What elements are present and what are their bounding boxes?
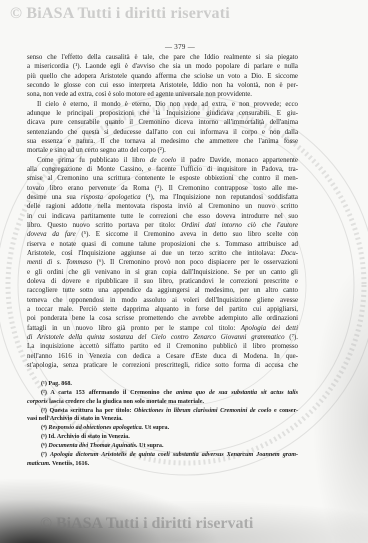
text-line: secondo le glosse con cui esso interpret… bbox=[27, 81, 298, 90]
text-line: riserva e notate quasi di comune talune … bbox=[27, 240, 298, 249]
text-line: doveva da fare (⁵). E siccome il Cremoni… bbox=[27, 230, 298, 239]
line-text: (⁴), ma l'Inquisizione non reputandosi s… bbox=[141, 194, 298, 201]
footnotes: (¹) Pag. 868. (²) A carta 153 affermando… bbox=[27, 380, 298, 468]
line-text: fattagli in un nuovo libro già pronto pe… bbox=[27, 325, 241, 332]
text-line: e gli ordini che gli venivano in sì gran… bbox=[27, 268, 298, 277]
text-line: dicava pure censurabile quanto il Cremon… bbox=[27, 118, 298, 127]
text-line: smise al Cremonino una scrittura contene… bbox=[27, 174, 298, 183]
text-line: raccogliere tutte sotto una appendice da… bbox=[27, 286, 298, 295]
line-text: (³) Questa scrittura ha per titolo: bbox=[41, 408, 134, 414]
text-line: adunque le principali proposizioni che l… bbox=[27, 109, 298, 118]
text-line: di Aristotele della quinta sostanza del … bbox=[27, 333, 298, 342]
text-line: sona, non vede ad extra, così è solo mot… bbox=[27, 90, 298, 99]
text-line: libro. Questo nuovo scritto portava per … bbox=[27, 221, 298, 230]
text-line: sentenziando che questa si deducesse dal… bbox=[27, 128, 298, 137]
italic-title: Docu- bbox=[281, 250, 298, 257]
copyright-watermark-top: © BiASA Tutti i diritti riservati bbox=[10, 5, 230, 23]
footnote-3: (³) Questa scrittura ha per titolo: Obie… bbox=[27, 407, 298, 416]
italic-title: Ordini dati intorno ciò che l'autore bbox=[181, 222, 298, 229]
text-line: poi ponderata bene la cosa scrisse prome… bbox=[27, 314, 298, 323]
line-text: (²) A carta 153 affermando il Cremonino … bbox=[41, 390, 176, 396]
italic-quote: corporis bbox=[27, 399, 48, 405]
paragraph-start-line: Come prima fu pubblicato il libro de coe… bbox=[27, 156, 298, 165]
italic-title: risposta apologetica bbox=[81, 194, 141, 201]
text-line: menti di s. Tommaso (⁶). Il Cremonino pr… bbox=[27, 258, 298, 267]
text-line: a toccar male. Perciò stette dapprima al… bbox=[27, 305, 298, 314]
footnote-7: (⁷) Apologia dictorum Aristotelis de qui… bbox=[27, 451, 298, 460]
line-text: Ut supra. bbox=[138, 443, 164, 449]
book-title: de coelo bbox=[150, 157, 176, 164]
line-text: libro. Questo nuovo scritto portava per … bbox=[27, 222, 181, 229]
footnote-7-cont: maticum. Venetiis, 1616. bbox=[27, 460, 298, 469]
line-text: Ut supra. bbox=[143, 425, 169, 431]
italic-title: menti di s. Tommaso bbox=[27, 259, 92, 266]
text-line: La inquisizione accettò siffatto partito… bbox=[27, 342, 298, 351]
footnote-1: (¹) Pag. 868. bbox=[27, 380, 298, 389]
footnote-3-cont: vasi nell'Archivio di stato in Venezia. bbox=[27, 415, 298, 424]
italic-title: maticum. bbox=[27, 461, 51, 467]
footnote-2: (²) A carta 153 affermando il Cremonino … bbox=[27, 389, 298, 398]
line-text: (⁷). bbox=[285, 334, 298, 341]
footnote-6: (⁶) Documenta divi Thomae Aquinatis. Ut … bbox=[27, 442, 298, 451]
italic-title: doveva da fare bbox=[27, 231, 76, 238]
footnote-2-cont: corporis lascia credere che la giudica n… bbox=[27, 398, 298, 407]
paragraph-start-line: Il cielo è eterno, il mondo è eterno, Di… bbox=[27, 100, 298, 109]
footnote-4: (⁴) Responsio ad obiectiones apologetica… bbox=[27, 424, 298, 433]
text-line: temeva che opponendosi in modo assoluto … bbox=[27, 296, 298, 305]
text-line: doleva di dovere e ripubblicare il suo l… bbox=[27, 277, 298, 286]
text-line: fattagli in un nuovo libro già pronto pe… bbox=[27, 324, 298, 333]
text-line: st'apologia, senza praticare le correzio… bbox=[27, 361, 298, 370]
line-text: lascia credere che la giudica non solo m… bbox=[48, 399, 204, 405]
italic-title: Apologia dei detti bbox=[241, 325, 298, 332]
italic-title: Documenta divi Thomae Aquinatis. bbox=[48, 443, 137, 449]
copyright-watermark-bottom: © BiASA Tutti i diritti riservati bbox=[40, 515, 253, 533]
page-number-text: — 379 — bbox=[165, 43, 195, 51]
text-line: sua essenza e natura. Il che tornava al … bbox=[27, 137, 298, 146]
text-line: delle ragioni addotte nella mentovata ri… bbox=[27, 202, 298, 211]
line-text: Come prima fu pubblicato il libro bbox=[37, 157, 150, 164]
line-text: Venetiis, 1616. bbox=[51, 461, 90, 467]
italic-title: Responsio ad obiectiones apologetica. bbox=[48, 425, 143, 431]
line-text: il padre Davide, monaco appartenente bbox=[176, 157, 298, 164]
italic-title: di Aristotele della quinta sostanza del … bbox=[27, 334, 285, 341]
text-line: in cui indicava partitamente tutte le co… bbox=[27, 212, 298, 221]
italic-title: Obiectiones in librum clarissimi Cremoni… bbox=[134, 408, 271, 414]
page-number: — 379 — bbox=[0, 43, 368, 51]
text-line: desime una sua risposta apologetica (⁴),… bbox=[27, 193, 298, 202]
text-line: più quello che adopera Aristotele quando… bbox=[27, 72, 298, 81]
text-line: tovato libro erano pervenute da Roma (³)… bbox=[27, 184, 298, 193]
text-line: nell'anno 1616 in Venezia con dedica a C… bbox=[27, 352, 298, 361]
text-line: senso che l'effetto della causalità è ta… bbox=[27, 53, 298, 62]
line-text: (⁶). Il Cremonino provò non poco dispiac… bbox=[92, 259, 298, 266]
main-text: senso che l'effetto della causalità è ta… bbox=[27, 53, 298, 370]
text-line: Aristotele, così l'Inquisizione aggiunse… bbox=[27, 249, 298, 258]
line-text: (⁷) bbox=[41, 452, 50, 458]
italic-quote: anima quo de sua substantia sit actus ta… bbox=[176, 390, 298, 396]
italic-title: Apologia dictorum Aristotelis de quinta … bbox=[50, 452, 298, 458]
text-line: mortale e sino ad un certo segno atto de… bbox=[27, 146, 298, 155]
line-text: desime una sua bbox=[27, 194, 81, 201]
line-text: (⁵). E siccome il Cremonino aveva in det… bbox=[76, 231, 298, 238]
text-line: a misericordia (¹). Laonde egli è d'avvi… bbox=[27, 62, 298, 71]
line-text: Aristotele, così l'Inquisizione aggiunse… bbox=[27, 250, 281, 257]
text-line: alla congregazione di Monte Cassino, e f… bbox=[27, 165, 298, 174]
line-text: e conser- bbox=[271, 408, 298, 414]
footnote-5: (⁵) Id. Archivio di stato in Venezia. bbox=[27, 433, 298, 442]
